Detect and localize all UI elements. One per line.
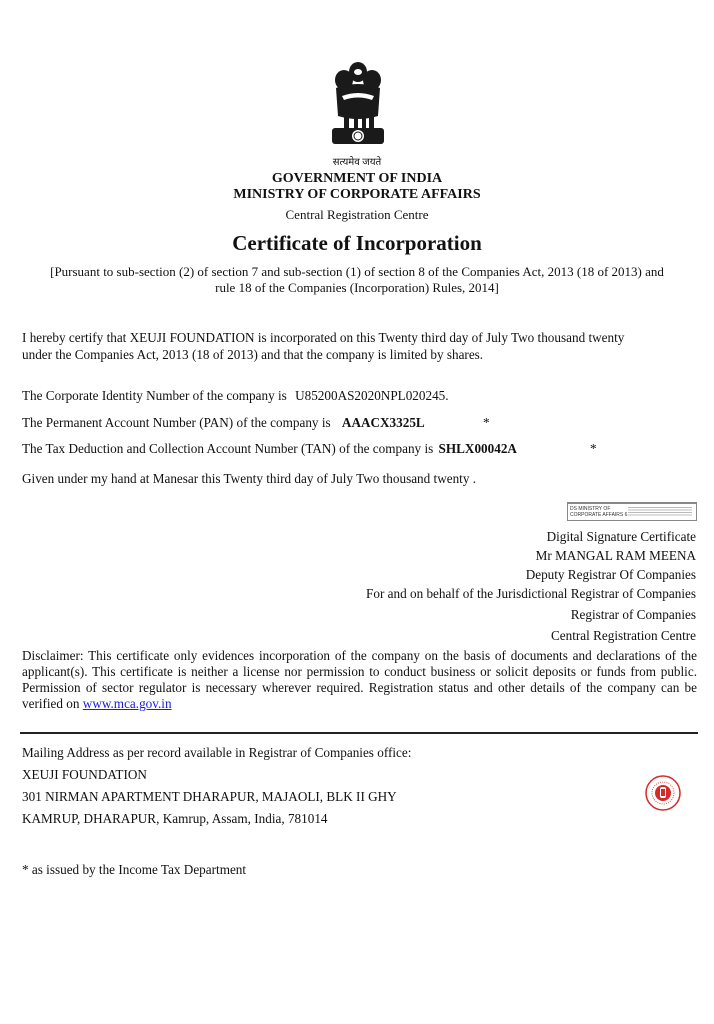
pursuant-line-2: rule 18 of the Companies (Incorporation)…	[20, 280, 694, 296]
signatory-centre: Central Registration Centre	[366, 626, 696, 645]
digital-signature-stamp[interactable]: DS MINISTRY OF CORPORATE AFFAIRS 6	[567, 502, 697, 521]
cin-row: The Corporate Identity Number of the com…	[22, 387, 702, 404]
disclaimer: Disclaimer: This certificate only eviden…	[22, 648, 697, 712]
signatory-office: Registrar of Companies	[366, 605, 696, 624]
pursuant-line-1: [Pursuant to sub-section (2) of section …	[20, 264, 694, 280]
pan-asterisk: *	[483, 414, 490, 431]
signature-details-lines	[628, 507, 692, 517]
signatory-designation: Deputy Registrar Of Companies	[366, 565, 696, 584]
issuer-heading: GOVERNMENT OF INDIA MINISTRY OF CORPORAT…	[0, 171, 714, 203]
section-divider	[20, 732, 698, 734]
pan-label: The Permanent Account Number (PAN) of th…	[22, 415, 331, 430]
ministry-seal-icon	[644, 774, 682, 812]
certification-statement: I hereby certify that XEUJI FOUNDATION i…	[22, 329, 702, 363]
signature-line: Digital Signature Certificate	[366, 527, 696, 546]
tan-asterisk: *	[590, 440, 597, 457]
mailing-address: Mailing Address as per record available …	[22, 742, 411, 830]
government-line: GOVERNMENT OF INDIA	[0, 171, 714, 187]
address-line-1: XEUJI FOUNDATION	[22, 764, 411, 786]
signatory-behalf: For and on behalf of the Jurisdictional …	[366, 584, 696, 603]
given-statement: Given under my hand at Manesar this Twen…	[22, 470, 702, 487]
emblem-motto: सत्यमेव जयते	[0, 154, 714, 168]
mailing-heading: Mailing Address as per record available …	[22, 742, 411, 764]
signature-stamp-label: DS MINISTRY OF CORPORATE AFFAIRS 6	[568, 506, 628, 518]
ministry-line: MINISTRY OF CORPORATE AFFAIRS	[0, 187, 714, 203]
pursuant-clause: [Pursuant to sub-section (2) of section …	[20, 264, 694, 296]
cin-value: U85200AS2020NPL020245.	[295, 388, 449, 403]
tan-value: SHLX00042A	[439, 441, 517, 456]
tan-label: The Tax Deduction and Collection Account…	[22, 441, 433, 456]
footnote: * as issued by the Income Tax Department	[22, 862, 246, 878]
signatory-block: Digital Signature Certificate Mr MANGAL …	[366, 527, 696, 645]
tan-row: The Tax Deduction and Collection Account…	[22, 440, 702, 457]
certify-line-2: under the Companies Act, 2013 (18 of 201…	[22, 346, 702, 363]
certify-line-1: I hereby certify that XEUJI FOUNDATION i…	[22, 329, 702, 346]
signatory-name: Mr MANGAL RAM MEENA	[366, 546, 696, 565]
stamp-line-2: CORPORATE AFFAIRS 6	[570, 512, 628, 518]
mca-website-link[interactable]: www.mca.gov.in	[83, 696, 172, 711]
address-line-3: KAMRUP, DHARAPUR, Kamrup, Assam, India, …	[22, 808, 411, 830]
centre-name: Central Registration Centre	[0, 207, 714, 223]
address-line-2: 301 NIRMAN APARTMENT DHARAPUR, MAJAOLI, …	[22, 786, 411, 808]
pan-value: AAACX3325L	[342, 415, 425, 430]
national-emblem-icon	[322, 58, 394, 168]
pan-row: The Permanent Account Number (PAN) of th…	[22, 414, 702, 431]
cin-label: The Corporate Identity Number of the com…	[22, 388, 287, 403]
certificate-title: Certificate of Incorporation	[0, 231, 714, 256]
